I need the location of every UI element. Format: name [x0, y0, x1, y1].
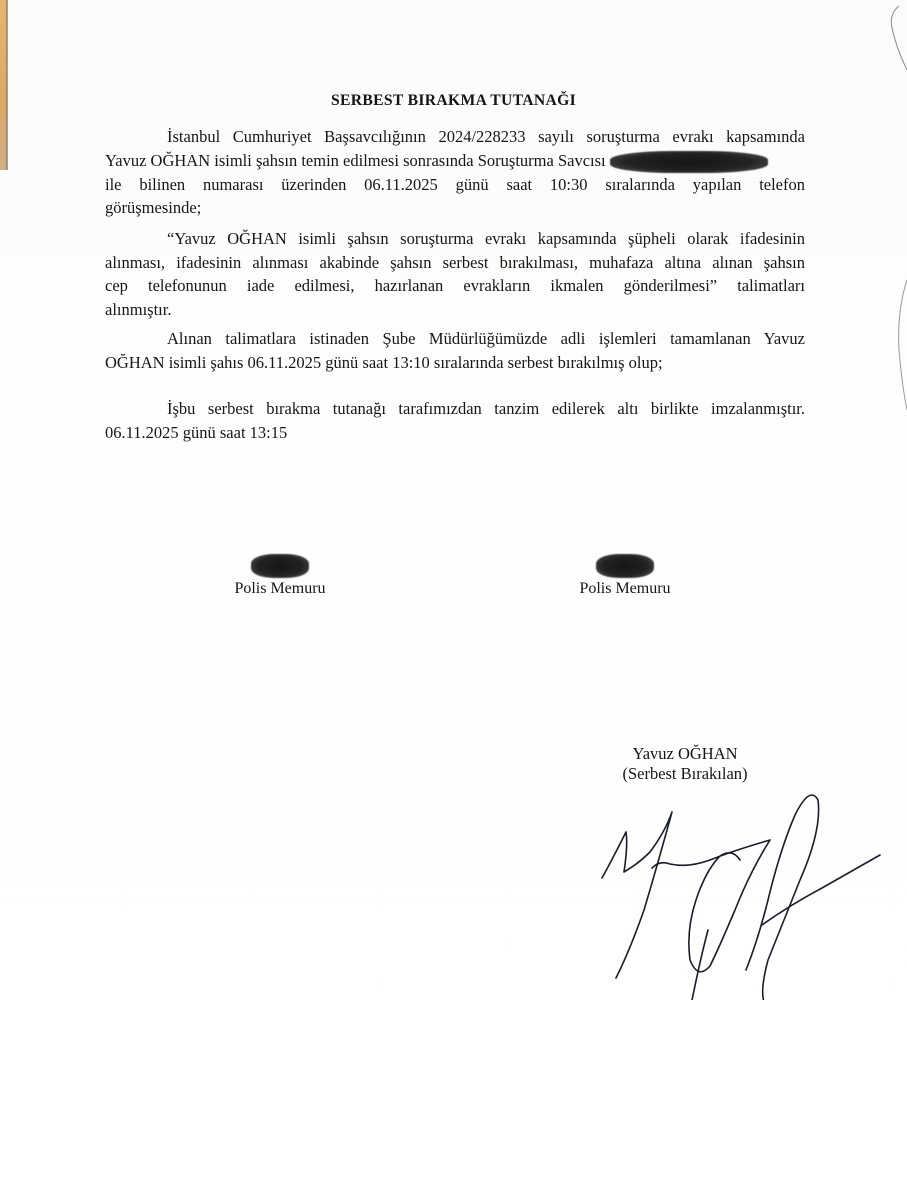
paper-edge-shadow	[6, 0, 8, 170]
paragraph-line: görüşmesinde;	[105, 196, 805, 220]
paragraph-line: 06.11.2025 günü saat 13:15	[105, 421, 805, 445]
paragraph-line-with-redaction: Yavuz OĞHAN isimli şahsın temin edilmesi…	[105, 149, 805, 173]
signatory-officer-1: Polis Memuru	[210, 554, 350, 598]
paragraph-release: Alınan talimatlara istinaden Şube Müdürl…	[105, 327, 805, 374]
paragraph-line: alınması, ifadesinin alınması akabinde ş…	[105, 251, 805, 275]
paragraph-line: OĞHAN isimli şahıs 06.11.2025 günü saat …	[105, 351, 805, 375]
redacted-officer-name	[596, 554, 654, 578]
paragraph-line: İstanbul Cumhuriyet Başsavcılığının 2024…	[105, 125, 805, 149]
document-page: SERBEST BIRAKMA TUTANAĞI İstanbul Cumhur…	[0, 0, 907, 1200]
handwritten-signature	[590, 760, 890, 1000]
officer-role: Polis Memuru	[579, 580, 670, 597]
redacted-prosecutor-name	[610, 151, 768, 173]
paragraph-line: “Yavuz OĞHAN isimli şahsın soruşturma ev…	[105, 227, 805, 251]
paragraph-line: Alınan talimatlara istinaden Şube Müdürl…	[105, 327, 805, 351]
officer-role: Polis Memuru	[234, 580, 325, 597]
paragraph-line: alınmıştır.	[105, 298, 805, 322]
redacted-officer-name	[251, 554, 309, 578]
paragraph-closing: İşbu serbest bırakma tutanağı tarafımızd…	[105, 397, 805, 444]
paper-curl-right	[877, 0, 907, 420]
paragraph-instructions: “Yavuz OĞHAN isimli şahsın soruşturma ev…	[105, 227, 805, 321]
paragraph-line: ile bilinen numarası üzerinden 06.11.202…	[105, 173, 805, 197]
paragraph-intro: İstanbul Cumhuriyet Başsavcılığının 2024…	[105, 125, 805, 220]
paragraph-line-text: Yavuz OĞHAN isimli şahsın temin edilmesi…	[105, 151, 606, 170]
document-title: SERBEST BIRAKMA TUTANAĞI	[9, 92, 898, 110]
paragraph-line: cep telefonunun iade edilmesi, hazırlana…	[105, 274, 805, 298]
signatory-officer-2: Polis Memuru	[555, 554, 695, 598]
paragraph-line: İşbu serbest bırakma tutanağı tarafımızd…	[105, 397, 805, 421]
